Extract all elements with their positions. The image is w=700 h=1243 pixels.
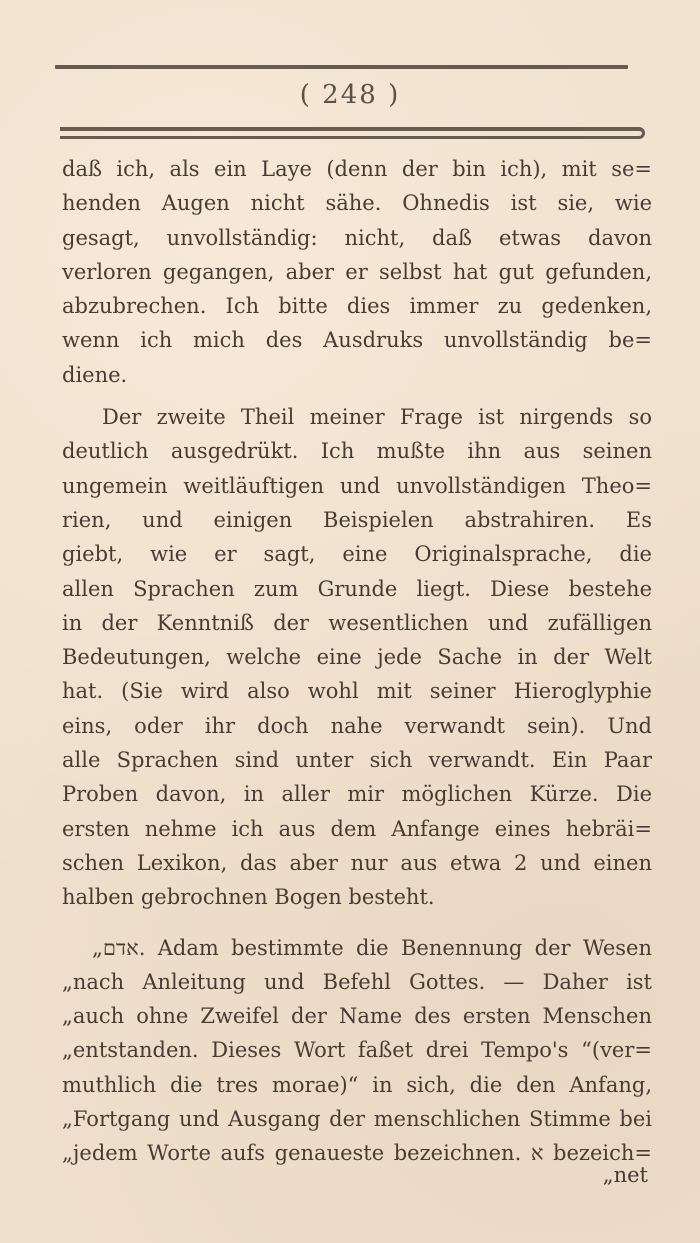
quote-line: „Fortgang und Ausgang der menschlichen S…	[62, 1102, 652, 1136]
text-line: abzubrechen. Ich bitte dies immer zu ged…	[62, 289, 652, 323]
text-line: ersten nehme ich aus dem Anfange eines h…	[62, 812, 652, 846]
quote-line: „auch ohne Zweifel der Name des ersten M…	[62, 999, 652, 1033]
text-line: halben gebrochnen Bogen besteht.	[62, 880, 652, 914]
text-line: diene.	[62, 358, 652, 392]
text-line: verloren gegangen, aber er selbst hat gu…	[62, 255, 652, 289]
text-line: in der Kenntniß der wesentlichen und zuf…	[62, 606, 652, 640]
header-rule	[55, 65, 628, 69]
catchword: „net	[603, 1163, 648, 1187]
header-double-rule	[60, 127, 645, 139]
paragraph-2: Der zweite Theil meiner Frage ist nirgen…	[62, 400, 652, 914]
block-quote: „אדם. Adam bestimmte die Benennung der W…	[62, 931, 652, 1171]
text-line: allen Sprachen zum Grunde liegt. Diese b…	[62, 572, 652, 606]
text-line: Der zweite Theil meiner Frage ist nirgen…	[62, 400, 652, 434]
text-line: schen Lexikon, das aber nur aus etwa 2 u…	[62, 846, 652, 880]
text-line: deutlich ausgedrükt. Ich mußte ihn aus s…	[62, 434, 652, 468]
text-line: wenn ich mich des Ausdruks unvollständig…	[62, 323, 652, 357]
text-line: eins, oder ihr doch nahe verwandt sein).…	[62, 709, 652, 743]
text-line: rien, und einigen Beispielen abstrahiren…	[62, 503, 652, 537]
book-page: ( 248 ) daß ich, als ein Laye (denn der …	[0, 0, 700, 1243]
quote-line: „אדם. Adam bestimmte die Benennung der W…	[62, 931, 652, 965]
text-line: Proben davon, in aller mir möglichen Kür…	[62, 777, 652, 811]
paragraph-1: daß ich, als ein Laye (denn der bin ich)…	[62, 152, 652, 392]
text-line: Bedeutungen, welche eine jede Sache in d…	[62, 640, 652, 674]
text-line: hat. (Sie wird also wohl mit seiner Hier…	[62, 674, 652, 708]
body-text: daß ich, als ein Laye (denn der bin ich)…	[62, 152, 652, 1171]
text-line: ungemein weitläuftigen und unvollständig…	[62, 469, 652, 503]
quote-line: „nach Anleitung und Befehl Gottes. — Dah…	[62, 965, 652, 999]
text-line: giebt, wie er sagt, eine Originalsprache…	[62, 537, 652, 571]
page-number: ( 248 )	[0, 80, 700, 110]
quote-line: „entstanden. Dieses Wort faßet drei Temp…	[62, 1033, 652, 1067]
quote-line: muthlich die tres morae)“ in sich, die d…	[62, 1068, 652, 1102]
quote-line: „jedem Worte aufs genaueste bezeichnen. …	[62, 1136, 652, 1170]
text-line: daß ich, als ein Laye (denn der bin ich)…	[62, 152, 652, 186]
text-line: henden Augen nicht sähe. Ohnedis ist sie…	[62, 186, 652, 220]
text-line: gesagt, unvollständig: nicht, daß etwas …	[62, 221, 652, 255]
text-line: alle Sprachen sind unter sich verwandt. …	[62, 743, 652, 777]
